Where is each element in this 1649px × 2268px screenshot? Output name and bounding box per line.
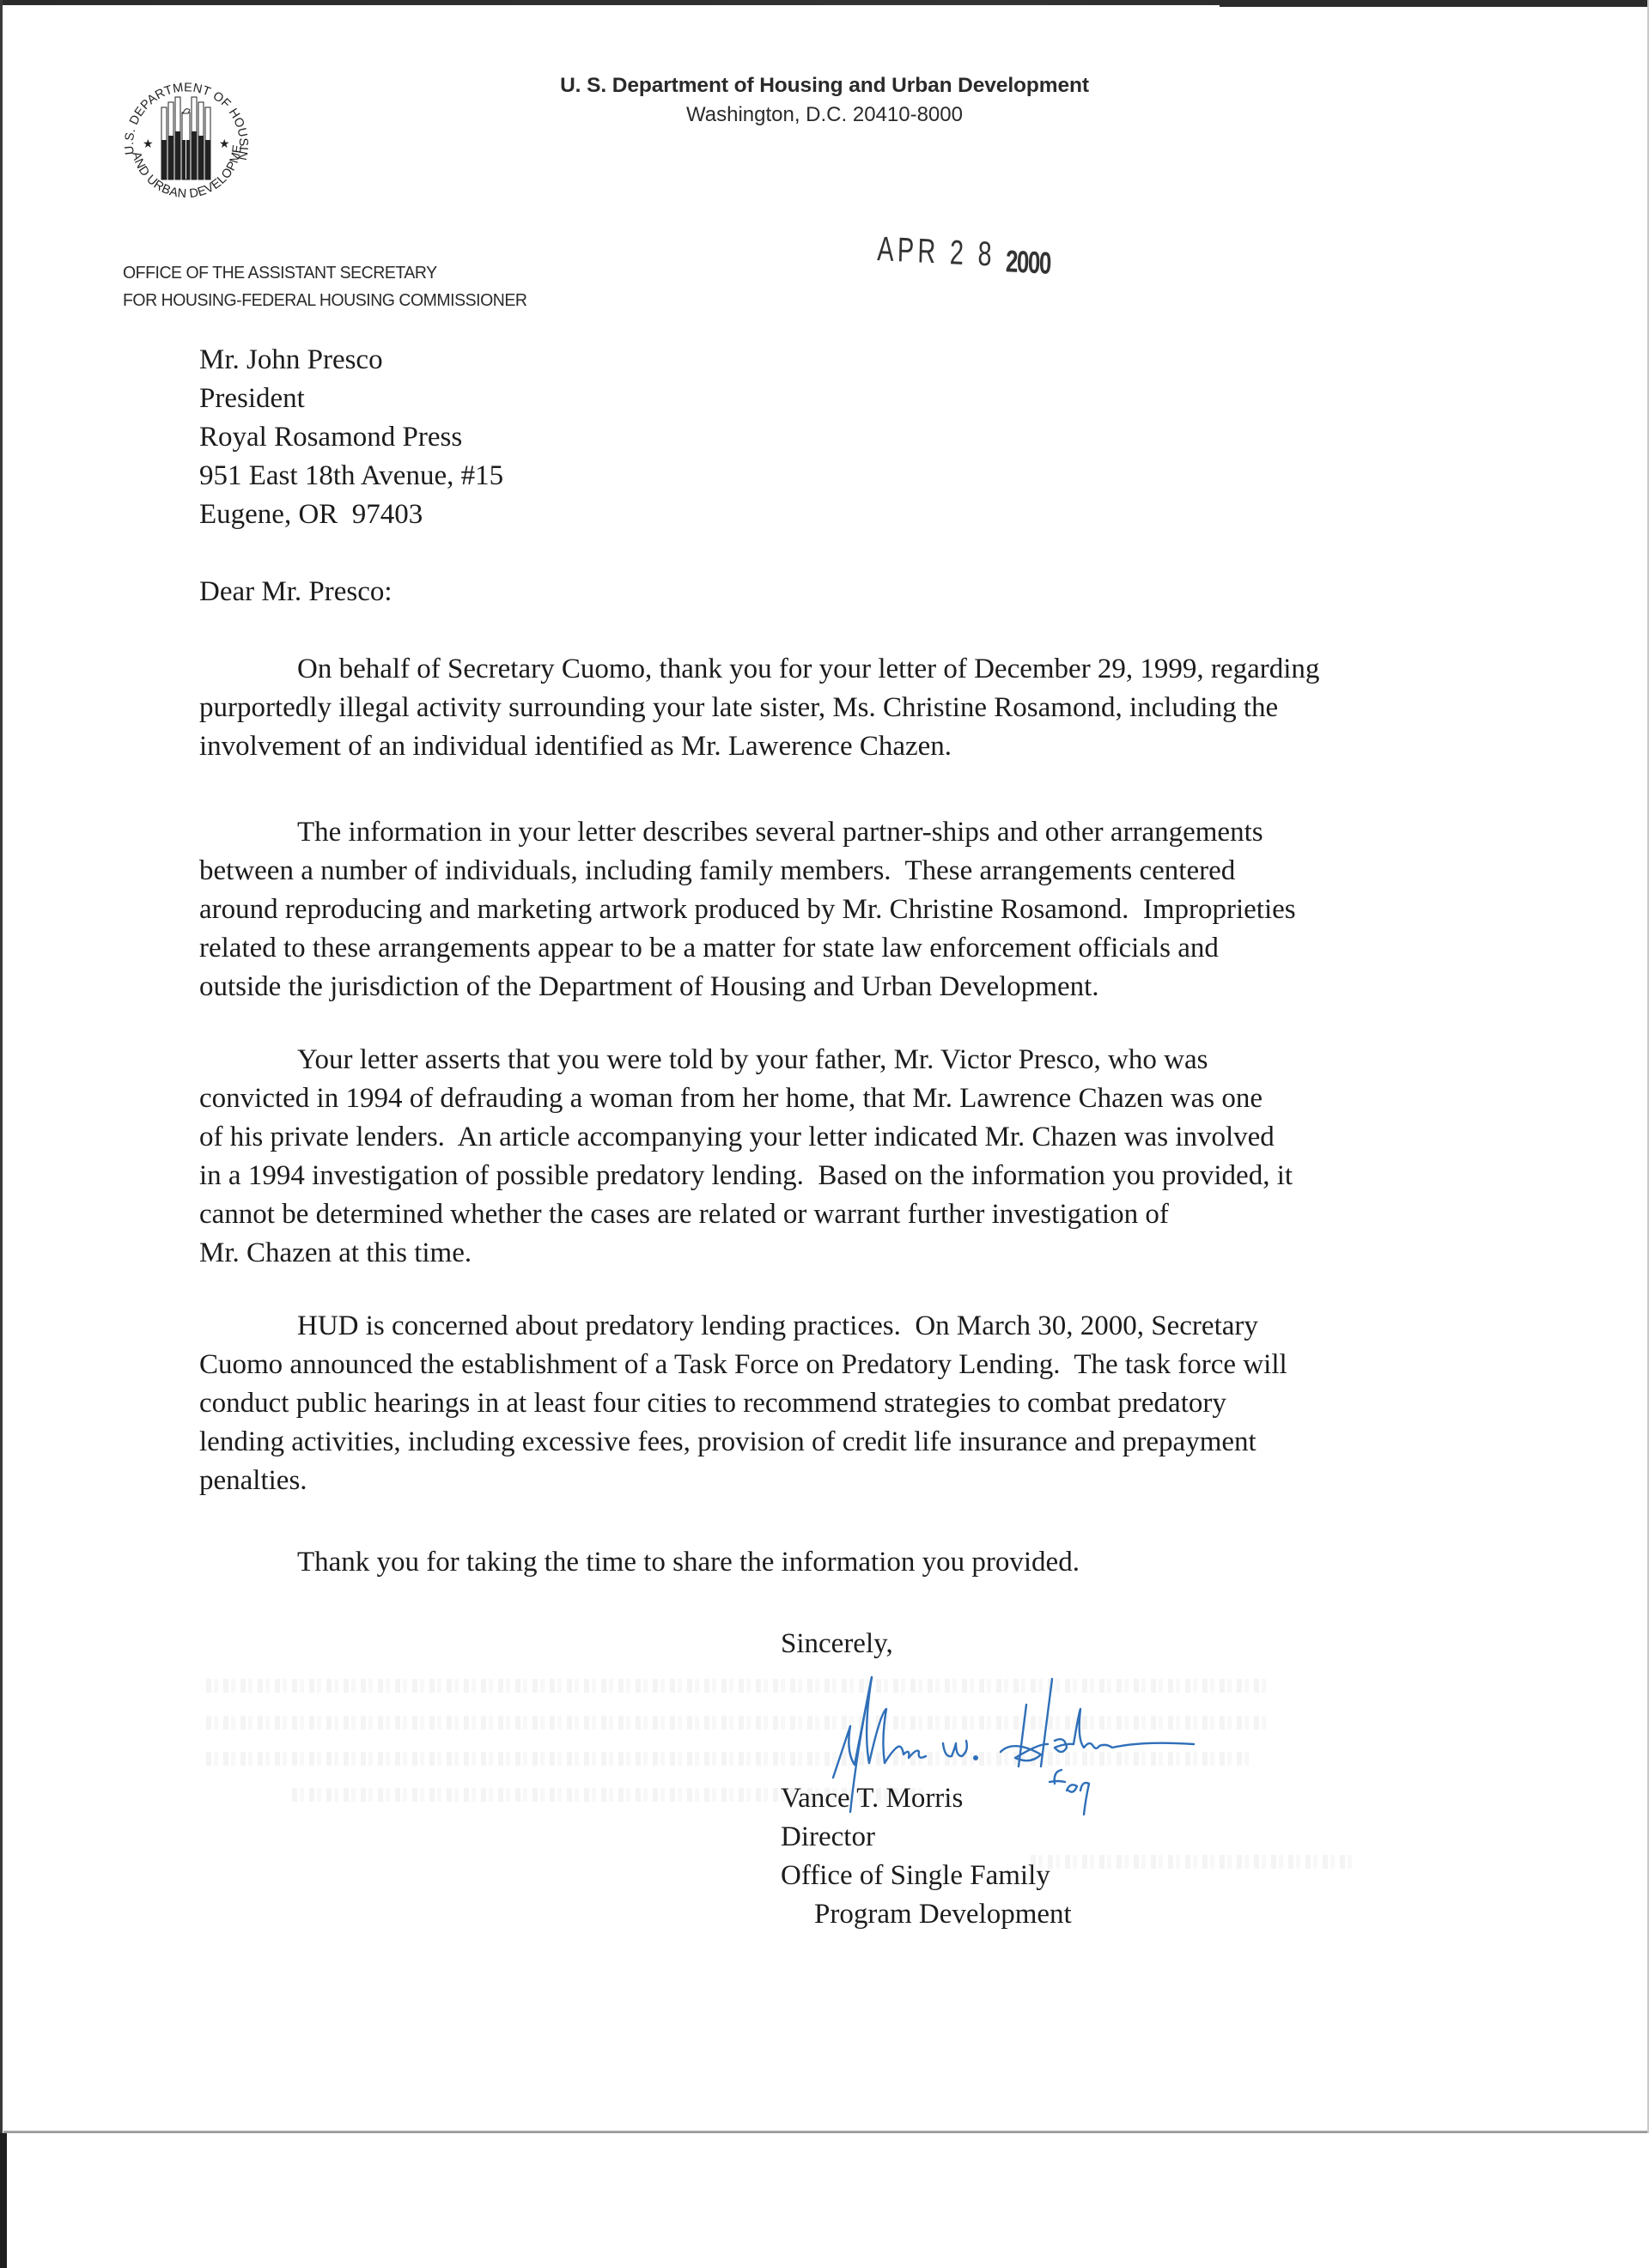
salutation: Dear Mr. Presco: — [199, 573, 392, 611]
paragraph-line: convicted in 1994 of defrauding a woman … — [199, 1079, 1462, 1118]
body-paragraph-4: HUD is concerned about predatory lending… — [199, 1307, 1462, 1500]
page-bottom-edge — [3, 2131, 1647, 2133]
recipient-address: Mr. John Presco President Royal Rosamond… — [199, 341, 503, 534]
paragraph-line: On behalf of Secretary Cuomo, thank you … — [199, 650, 1462, 689]
paragraph-line: involvement of an individual identified … — [199, 727, 1462, 766]
recipient-company: Royal Rosamond Press — [199, 418, 503, 457]
office-line: OFFICE OF THE ASSISTANT SECRETARY — [123, 259, 526, 287]
paragraph-line: around reproducing and marketing artwork… — [199, 891, 1462, 929]
paragraph-line: of his private lenders. An article accom… — [199, 1118, 1462, 1157]
body-paragraph-3: Your letter asserts that you were told b… — [199, 1041, 1462, 1273]
body-paragraph-5: Thank you for taking the time to share t… — [199, 1543, 1462, 1582]
office-line: FOR HOUSING-FEDERAL HOUSING COMMISSIONER — [123, 287, 526, 314]
recipient-name: Mr. John Presco — [199, 341, 503, 380]
paragraph-line: outside the jurisdiction of the Departme… — [199, 968, 1462, 1006]
scan-border-top-right — [1220, 0, 1649, 7]
paragraph-line: between a number of individuals, includi… — [199, 852, 1462, 891]
body-paragraph-1: On behalf of Secretary Cuomo, thank you … — [199, 650, 1462, 766]
svg-text:★: ★ — [219, 137, 230, 151]
signer-title: Director — [781, 1818, 1072, 1857]
date-stamp-month-day: APR 2 8 — [877, 230, 996, 274]
signer-name: Vance T. Morris — [781, 1779, 1072, 1818]
paragraph-line: related to these arrangements appear to … — [199, 929, 1462, 968]
recipient-street: 951 East 18th Avenue, #15 — [199, 457, 503, 496]
signer-office-cont: Program Development — [781, 1895, 1072, 1934]
paragraph-line: Your letter asserts that you were told b… — [199, 1041, 1462, 1079]
scan-border-left-bottom — [0, 2133, 7, 2268]
signer-block: Vance T. Morris Director Office of Singl… — [781, 1779, 1072, 1934]
paragraph-line: Cuomo announced the establishment of a T… — [199, 1346, 1462, 1384]
signer-office: Office of Single Family — [781, 1857, 1072, 1895]
paragraph-line: Thank you for taking the time to share t… — [199, 1543, 1462, 1582]
hud-seal-logo: U.S. DEPARTMENT OF HOUSING AND URBAN DEV… — [116, 76, 257, 216]
paragraph-line: Mr. Chazen at this time. — [199, 1234, 1462, 1273]
bleed-through-line — [1031, 1855, 1357, 1869]
date-stamp-year: 2000 — [1005, 243, 1050, 281]
paragraph-line: in a 1994 investigation of possible pred… — [199, 1157, 1462, 1195]
paragraph-line: purportedly illegal activity surrounding… — [199, 689, 1462, 727]
paragraph-line: The information in your letter describes… — [199, 813, 1462, 852]
recipient-city: Eugene, OR 97403 — [199, 496, 503, 534]
agency-address: Washington, D.C. 20410-8000 — [481, 103, 1168, 127]
agency-name: U. S. Department of Housing and Urban De… — [481, 74, 1168, 98]
paragraph-line: HUD is concerned about predatory lending… — [199, 1307, 1462, 1346]
body-paragraph-2: The information in your letter describes… — [199, 813, 1462, 1006]
closing: Sincerely, — [781, 1625, 893, 1663]
recipient-title: President — [199, 380, 503, 418]
paragraph-line: penalties. — [199, 1462, 1462, 1500]
date-stamp: APR 2 8 2000 — [877, 230, 1051, 277]
paragraph-line: cannot be determined whether the cases a… — [199, 1195, 1462, 1234]
svg-text:★: ★ — [143, 137, 154, 151]
scan-border-left — [0, 0, 3, 2133]
paragraph-line: lending activities, including excessive … — [199, 1423, 1462, 1462]
office-block: OFFICE OF THE ASSISTANT SECRETARY FOR HO… — [123, 259, 526, 314]
paragraph-line: conduct public hearings in at least four… — [199, 1384, 1462, 1423]
